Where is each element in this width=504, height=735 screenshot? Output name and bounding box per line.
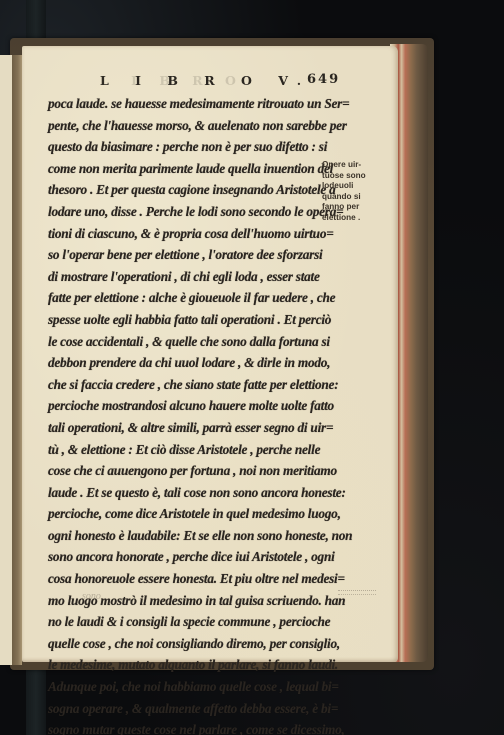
text-line: poca laude. se hauesse medesimamente rit… — [48, 93, 324, 115]
text-line: ogni honesto è laudabile: Et se elle non… — [48, 525, 324, 547]
text-line: Adunque poi, che noi habbiamo quelle cos… — [48, 676, 324, 698]
margin-note: Opere uir- tuose sono lodeuoli quando si… — [322, 160, 380, 224]
text-line: so l'operar bene per elettione , l'orato… — [48, 244, 324, 266]
margin-note-line: tuose sono — [322, 171, 380, 182]
running-head-show-through: L I B R O — [100, 73, 245, 88]
text-line: quelle cose , che noi consigliando direm… — [48, 633, 324, 655]
catchword-show-through: sono — [82, 591, 101, 602]
text-line: cose che ci auuengono per fortuna , noi … — [48, 460, 324, 482]
text-line: no le laudi & i consigli la specie commu… — [48, 611, 324, 633]
text-line: percioche mostrandosi alcuno hauere molt… — [48, 395, 324, 417]
text-line: percioche, come dice Aristotele in quel … — [48, 503, 324, 525]
margin-note-line: quando si — [322, 192, 380, 203]
book-page: L I B R O L I B R O V. 649 poca laude. s… — [22, 46, 398, 662]
text-line: di mostrare l'operationi , di chi egli l… — [48, 266, 324, 288]
text-line: cosa honoreuole essere honesta. Et piu o… — [48, 568, 324, 590]
text-line: questo da biasimare : perche non è per s… — [48, 136, 324, 158]
margin-note-line: elettione . — [322, 213, 380, 224]
book-gutter — [12, 55, 22, 665]
text-line: sogno mutar queste cose nel parlare , co… — [48, 719, 324, 735]
text-line: thesoro . Et per questa cagione insegnan… — [48, 179, 324, 201]
text-line: tù , & elettione : Et ciò disse Aristote… — [48, 439, 324, 461]
faint-show-through-mark — [338, 590, 376, 595]
text-line: laude . Et se questo è, tali cose non so… — [48, 482, 324, 504]
text-line: le medesime, mutato alquanto il parlare,… — [48, 654, 324, 676]
text-line: tali operationi, & altre simili, parrà e… — [48, 417, 324, 439]
text-line: debbon prendere da chi uuol lodare , & d… — [48, 352, 324, 374]
text-line: fatte per elettione : alche è gioueuole … — [48, 287, 324, 309]
margin-note-line: lodeuoli — [322, 181, 380, 192]
text-line: spesse uolte egli habbia fatto tali oper… — [48, 309, 324, 331]
text-line: che si faccia credere , che siano state … — [48, 374, 324, 396]
text-line: tioni di ciascuno, & è propria cosa dell… — [48, 223, 324, 245]
page-number: 649 — [307, 72, 340, 87]
text-line: sogna operare , & qualmente affetto debb… — [48, 698, 324, 720]
text-line: sono ancora honorate , perche dice iui A… — [48, 546, 324, 568]
text-line: pente, che l'hauesse morso, & auelenato … — [48, 115, 324, 137]
body-text: poca laude. se hauesse medesimamente rit… — [48, 93, 324, 735]
margin-note-line: Opere uir- — [322, 160, 380, 171]
text-line: le cose accidentali , & quelle che sono … — [48, 331, 324, 353]
text-line: come non merita parimente laude quella i… — [48, 158, 324, 180]
margin-note-line: fanno per — [322, 202, 380, 213]
text-line: lodare uno, disse . Perche le lodi sono … — [48, 201, 324, 223]
running-head: L I B R O L I B R O V. — [100, 73, 340, 91]
